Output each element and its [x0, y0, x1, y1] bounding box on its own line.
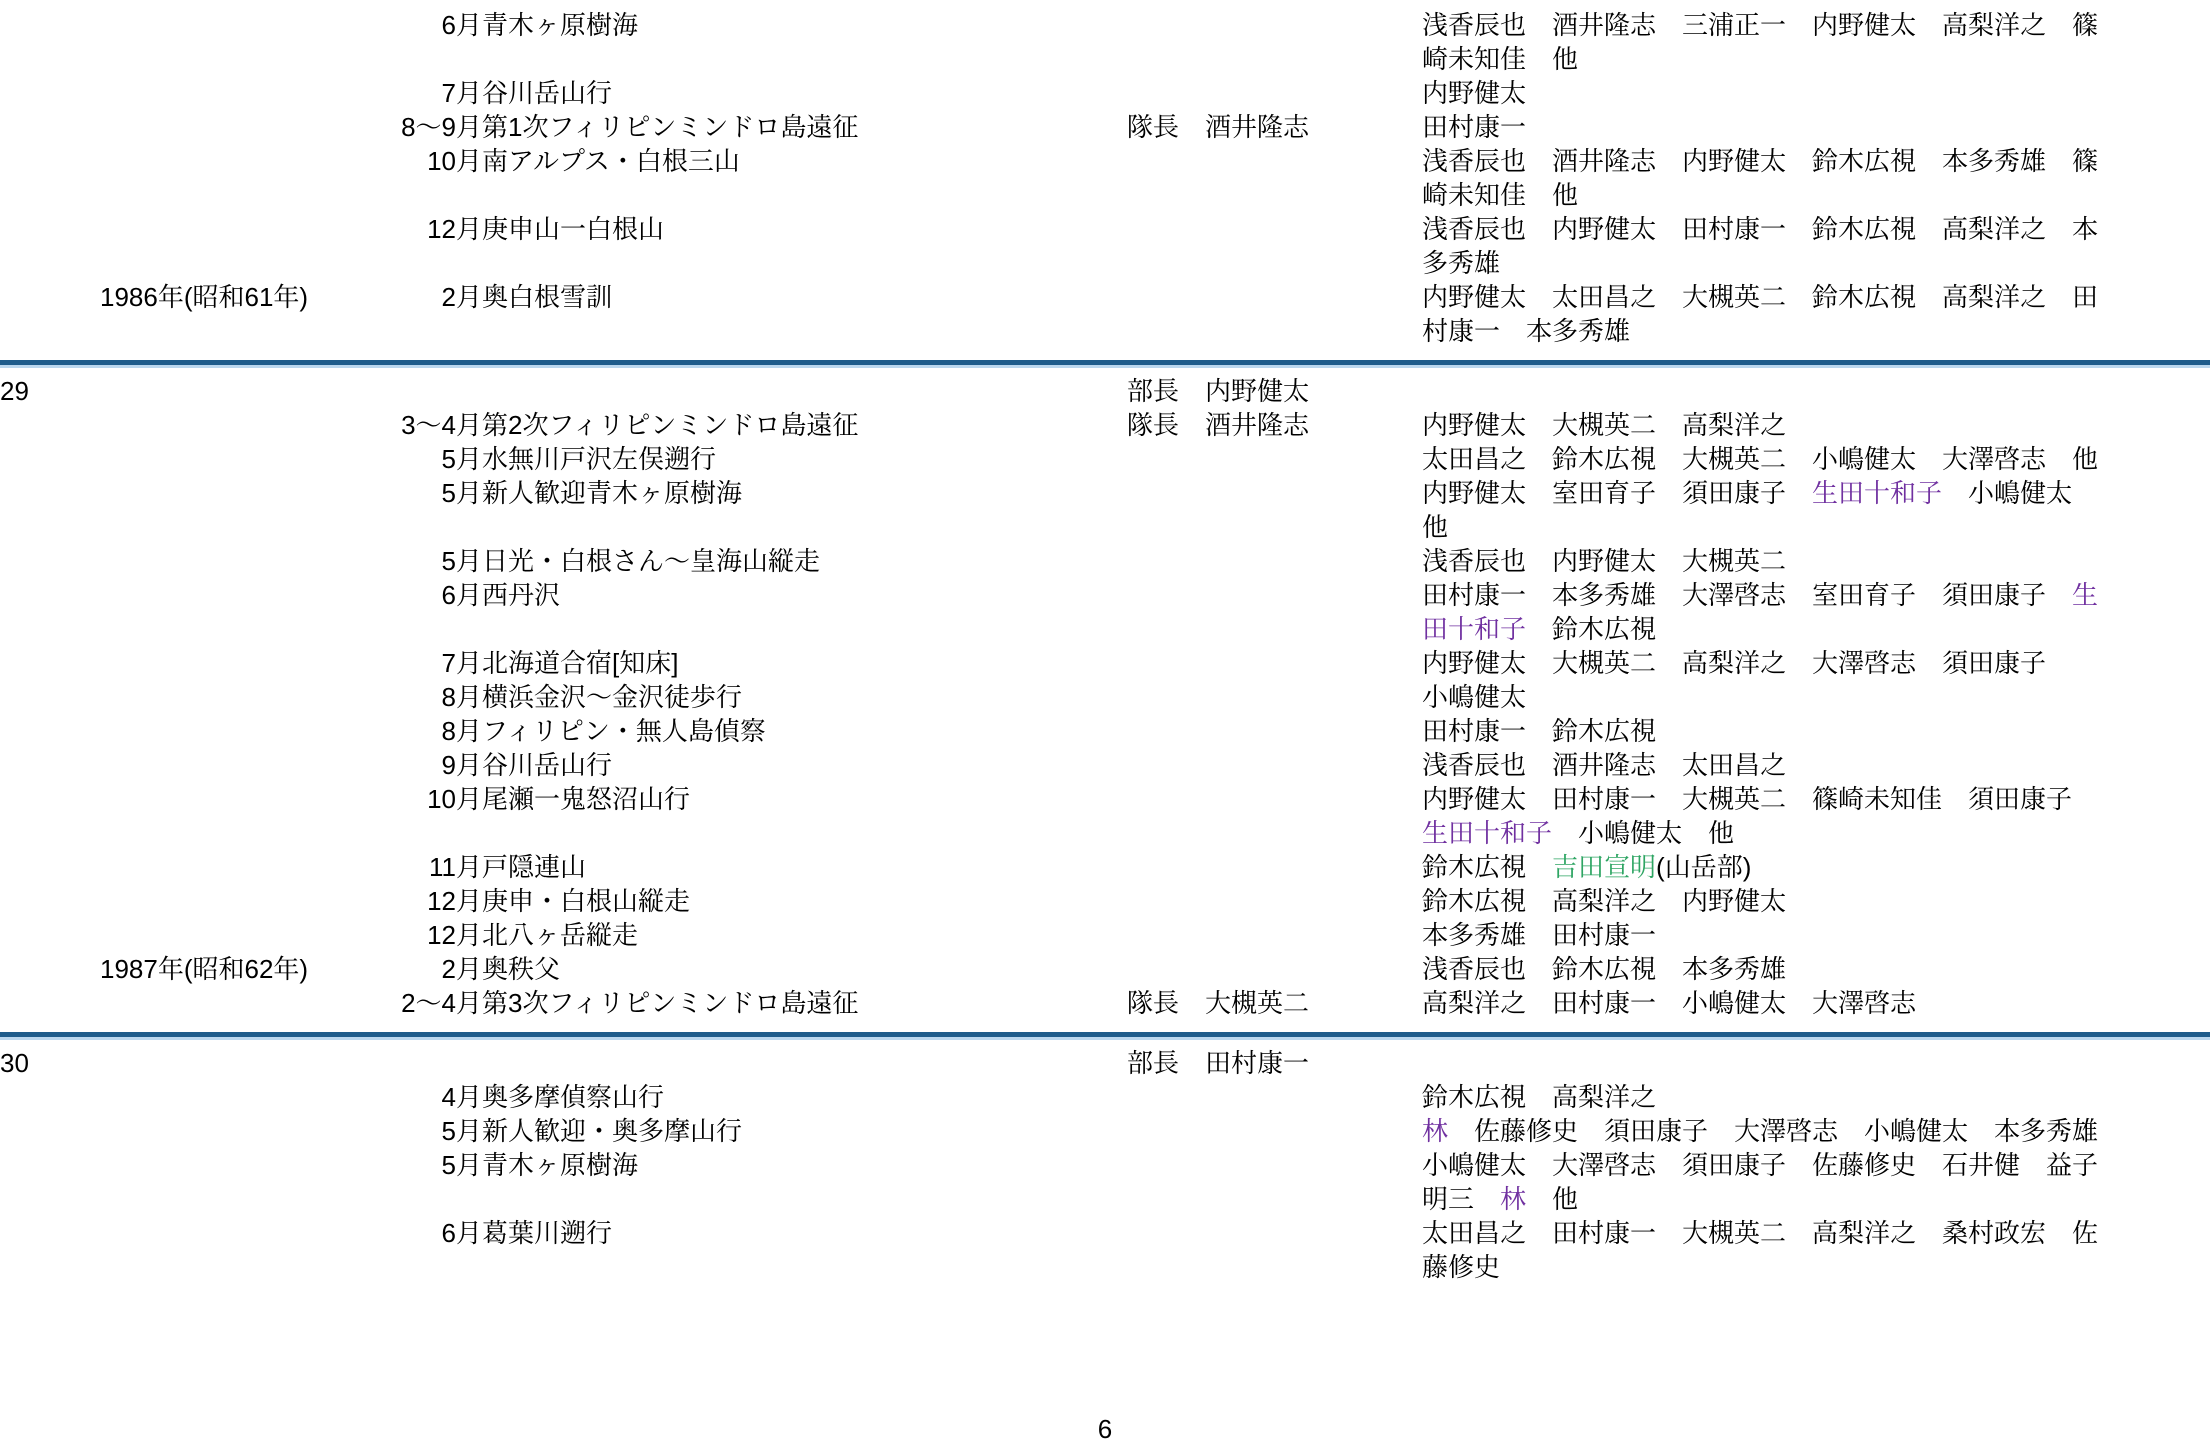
- leader-cell: [1127, 442, 1422, 476]
- activity-record-document: 6月青木ヶ原樹海浅香辰也 酒井隆志 三浦正一 内野健太 高梨洋之 篠崎未知佳 他…: [0, 0, 2210, 1284]
- leader-cell: [1127, 782, 1422, 850]
- activity-table: 30部長 田村康一4月奥多摩偵察山行鈴木広視 高梨洋之5月新人歓迎・奥多摩山行林…: [0, 1046, 2112, 1284]
- table-row: 5月新人歓迎・奥多摩山行林 佐藤修史 須田康子 大澤啓志 小嶋健太 本多秀雄: [0, 1114, 2112, 1148]
- section-number: [0, 476, 100, 544]
- participant-names: 内野健太: [1422, 78, 1526, 108]
- activity-cell: 青木ヶ原樹海: [482, 8, 1127, 76]
- table-row: 11月戸隠連山鈴木広視 吉田宣明(山岳部): [0, 850, 2112, 884]
- year-cell: 1986年(昭和61年): [100, 280, 400, 348]
- activity-cell: 西丹沢: [482, 578, 1127, 646]
- participant-names: 佐藤修史 須田康子 大澤啓志 小嶋健太 本多秀雄: [1448, 1116, 2098, 1146]
- participant-names: 内野健太 田村康一 大槻英二 篠崎未知佳 須田康子: [1422, 784, 2098, 814]
- section-number: [0, 714, 100, 748]
- section-number: [0, 280, 100, 348]
- table-row: 8月フィリピン・無人島偵察田村康一 鈴木広視: [0, 714, 2112, 748]
- table-row: 10月南アルプス・白根三山浅香辰也 酒井隆志 内野健太 鈴木広視 本多秀雄 篠崎…: [0, 144, 2112, 212]
- activity-cell: 葛葉川遡行: [482, 1216, 1127, 1284]
- participants-cell: 浅香辰也 酒井隆志 三浦正一 内野健太 高梨洋之 篠崎未知佳 他: [1422, 8, 2112, 76]
- month-cell: 2月: [400, 952, 482, 986]
- year-cell: [100, 408, 400, 442]
- section-header-row: 29部長 内野健太: [0, 374, 2112, 408]
- year-cell: [100, 714, 400, 748]
- year-cell: [100, 212, 400, 280]
- section-header-row: 30部長 田村康一: [0, 1046, 2112, 1080]
- participant-names: 田村康一 本多秀雄 大澤啓志 室田育子 須田康子: [1422, 580, 2072, 610]
- section-number: [0, 680, 100, 714]
- month-cell: 8月: [400, 680, 482, 714]
- participants-cell: 林 佐藤修史 須田康子 大澤啓志 小嶋健太 本多秀雄: [1422, 1114, 2112, 1148]
- leader-cell: [1127, 280, 1422, 348]
- leader-cell: 隊長 酒井隆志: [1127, 408, 1422, 442]
- activity-cell: 南アルプス・白根三山: [482, 144, 1127, 212]
- section-number: [0, 646, 100, 680]
- year-cell: 1987年(昭和62年): [100, 952, 400, 986]
- participants-cell: 田村康一 本多秀雄 大澤啓志 室田育子 須田康子 生田十和子 鈴木広視: [1422, 578, 2112, 646]
- participants-cell: 浅香辰也 鈴木広視 本多秀雄: [1422, 952, 2112, 986]
- activity-cell: 第2次フィリピンミンドロ島遠征: [482, 408, 1127, 442]
- activity-table: 6月青木ヶ原樹海浅香辰也 酒井隆志 三浦正一 内野健太 高梨洋之 篠崎未知佳 他…: [0, 8, 2112, 348]
- table-row: 6月西丹沢田村康一 本多秀雄 大澤啓志 室田育子 須田康子 生田十和子 鈴木広視: [0, 578, 2112, 646]
- year-cell: [100, 76, 400, 110]
- participants-cell: 田村康一 鈴木広視: [1422, 714, 2112, 748]
- month-cell: 7月: [400, 646, 482, 680]
- table-row: 4月奥多摩偵察山行鈴木広視 高梨洋之: [0, 1080, 2112, 1114]
- participant-names: 鈴木広視: [1422, 852, 1552, 882]
- participants-cell: 田村康一: [1422, 110, 2112, 144]
- activity-cell: 奥秩父: [482, 952, 1127, 986]
- participants-cell: 鈴木広視 高梨洋之: [1422, 1080, 2112, 1114]
- year-cell: [100, 986, 400, 1020]
- leader-cell: [1127, 646, 1422, 680]
- participant-names: 太田昌之 田村康一 大槻英二 高梨洋之 桑村政宏 佐藤修史: [1422, 1218, 2098, 1282]
- year-cell: [100, 442, 400, 476]
- year-cell: [100, 544, 400, 578]
- participants-cell: 浅香辰也 内野健太 田村康一 鈴木広視 高梨洋之 本多秀雄: [1422, 212, 2112, 280]
- leader-cell: [1127, 1114, 1422, 1148]
- month-cell: 12月: [400, 212, 482, 280]
- activity-cell: 日光・白根さん～皇海山縦走: [482, 544, 1127, 578]
- participants-cell: 小嶋健太: [1422, 680, 2112, 714]
- participant-names: 鈴木広視 高梨洋之 内野健太: [1422, 886, 1786, 916]
- leader-cell: [1127, 1216, 1422, 1284]
- activity-cell: 尾瀬一鬼怒沼山行: [482, 782, 1127, 850]
- activity-cell: 谷川岳山行: [482, 76, 1127, 110]
- month-cell: 5月: [400, 1148, 482, 1216]
- month-cell: 8～9月: [400, 110, 482, 144]
- participants-cell: 高梨洋之 田村康一 小嶋健太 大澤啓志: [1422, 986, 2112, 1020]
- participants-cell: 浅香辰也 酒井隆志 太田昌之: [1422, 748, 2112, 782]
- participant-names: (山岳部): [1656, 852, 1751, 882]
- activity-cell: 戸隠連山: [482, 850, 1127, 884]
- activity-cell: 庚申・白根山縦走: [482, 884, 1127, 918]
- participant-names: 浅香辰也 酒井隆志 内野健太 鈴木広視 本多秀雄 篠崎未知佳 他: [1422, 146, 2098, 210]
- leader-cell: 隊長 酒井隆志: [1127, 110, 1422, 144]
- month-cell: 3～4月: [400, 408, 482, 442]
- section-number: [0, 748, 100, 782]
- table-row: 5月水無川戸沢左俣遡行太田昌之 鈴木広視 大槻英二 小嶋健太 大澤啓志 他: [0, 442, 2112, 476]
- activity-table: 29部長 内野健太3～4月第2次フィリピンミンドロ島遠征隊長 酒井隆志内野健太 …: [0, 374, 2112, 1020]
- section-number: [0, 544, 100, 578]
- section-number: [0, 8, 100, 76]
- year-cell: [100, 1148, 400, 1216]
- leader-cell: [1127, 884, 1422, 918]
- table-row: 6月青木ヶ原樹海浅香辰也 酒井隆志 三浦正一 内野健太 高梨洋之 篠崎未知佳 他: [0, 8, 2112, 76]
- participant-name-highlight: 生田十和子: [1812, 478, 1942, 508]
- year-cell: [100, 144, 400, 212]
- section-number: [0, 578, 100, 646]
- table-body: 6月青木ヶ原樹海浅香辰也 酒井隆志 三浦正一 内野健太 高梨洋之 篠崎未知佳 他…: [0, 8, 2112, 348]
- participant-name-highlight: 生田十和子: [1422, 818, 1552, 848]
- participant-names: 内野健太 室田育子 須田康子: [1422, 478, 1812, 508]
- activity-cell: 横浜金沢～金沢徒歩行: [482, 680, 1127, 714]
- leader-cell: [1127, 578, 1422, 646]
- month-cell: 5月: [400, 1114, 482, 1148]
- year-cell: [100, 1080, 400, 1114]
- month-cell: 5月: [400, 476, 482, 544]
- section-staff: 部長 田村康一: [1127, 1046, 1422, 1080]
- participant-names: 内野健太 大槻英二 高梨洋之 大澤啓志 須田康子: [1422, 648, 2046, 678]
- activity-cell: 第3次フィリピンミンドロ島遠征: [482, 986, 1127, 1020]
- section-number: [0, 986, 100, 1020]
- activity-cell: 第1次フィリピンミンドロ島遠征: [482, 110, 1127, 144]
- participants-cell: 太田昌之 田村康一 大槻英二 高梨洋之 桑村政宏 佐藤修史: [1422, 1216, 2112, 1284]
- section-divider-rule: [0, 1032, 2210, 1040]
- leader-cell: [1127, 476, 1422, 544]
- activity-cell: 青木ヶ原樹海: [482, 1148, 1127, 1216]
- year-cell: [100, 1046, 400, 1080]
- month-cell: [400, 374, 482, 408]
- section-number: [0, 1114, 100, 1148]
- section-number: 30: [0, 1046, 100, 1080]
- month-cell: 12月: [400, 884, 482, 918]
- section-number: [0, 408, 100, 442]
- activity-cell: 北八ヶ岳縦走: [482, 918, 1127, 952]
- month-cell: 2月: [400, 280, 482, 348]
- participant-name-highlight: 吉田宣明: [1552, 852, 1656, 882]
- leader-cell: [1127, 8, 1422, 76]
- section-number: [0, 952, 100, 986]
- month-cell: 6月: [400, 1216, 482, 1284]
- participants-cell: 浅香辰也 酒井隆志 内野健太 鈴木広視 本多秀雄 篠崎未知佳 他: [1422, 144, 2112, 212]
- table-row: 12月庚申・白根山縦走鈴木広視 高梨洋之 内野健太: [0, 884, 2112, 918]
- participants-cell: 内野健太 大槻英二 高梨洋之 大澤啓志 須田康子: [1422, 646, 2112, 680]
- year-cell: [100, 748, 400, 782]
- activity-cell: [482, 1046, 1127, 1080]
- section-number: [0, 144, 100, 212]
- section-number: [0, 110, 100, 144]
- participants-cell: 内野健太: [1422, 76, 2112, 110]
- activity-cell: 奥白根雪訓: [482, 280, 1127, 348]
- year-cell: [100, 850, 400, 884]
- year-cell: [100, 476, 400, 544]
- participants-cell: 鈴木広視 吉田宣明(山岳部): [1422, 850, 2112, 884]
- participants-cell: 浅香辰也 内野健太 大槻英二: [1422, 544, 2112, 578]
- table-row: 3～4月第2次フィリピンミンドロ島遠征隊長 酒井隆志内野健太 大槻英二 高梨洋之: [0, 408, 2112, 442]
- leader-cell: [1127, 918, 1422, 952]
- leader-cell: [1127, 1080, 1422, 1114]
- table-row: 6月葛葉川遡行太田昌之 田村康一 大槻英二 高梨洋之 桑村政宏 佐藤修史: [0, 1216, 2112, 1284]
- section-staff: 部長 内野健太: [1127, 374, 1422, 408]
- participants-cell: 内野健太 大槻英二 高梨洋之: [1422, 408, 2112, 442]
- participant-names: 浅香辰也 内野健太 大槻英二: [1422, 546, 1786, 576]
- table-row: 8～9月第1次フィリピンミンドロ島遠征隊長 酒井隆志田村康一: [0, 110, 2112, 144]
- table-row: 5月日光・白根さん～皇海山縦走浅香辰也 内野健太 大槻英二: [0, 544, 2112, 578]
- activity-cell: 水無川戸沢左俣遡行: [482, 442, 1127, 476]
- participant-names: 鈴木広視 高梨洋之: [1422, 1082, 1656, 1112]
- participants-cell: 内野健太 田村康一 大槻英二 篠崎未知佳 須田康子 生田十和子 小嶋健太 他: [1422, 782, 2112, 850]
- participant-name-highlight: 林: [1422, 1116, 1448, 1146]
- section-number: 29: [0, 374, 100, 408]
- participant-names: 高梨洋之 田村康一 小嶋健太 大澤啓志: [1422, 988, 1916, 1018]
- section-number: [0, 212, 100, 280]
- year-cell: [100, 1114, 400, 1148]
- activity-cell: [482, 374, 1127, 408]
- participant-names: 太田昌之 鈴木広視 大槻英二 小嶋健太 大澤啓志 他: [1422, 444, 2098, 474]
- section-number: [0, 1080, 100, 1114]
- year-cell: [100, 8, 400, 76]
- year-cell: [100, 782, 400, 850]
- participant-names: 内野健太 太田昌之 大槻英二 鈴木広視 高梨洋之 田村康一 本多秀雄: [1422, 282, 2098, 346]
- participants-cell: 内野健太 太田昌之 大槻英二 鈴木広視 高梨洋之 田村康一 本多秀雄: [1422, 280, 2112, 348]
- table-row: 7月北海道合宿[知床]内野健太 大槻英二 高梨洋之 大澤啓志 須田康子: [0, 646, 2112, 680]
- table-row: 5月青木ヶ原樹海小嶋健太 大澤啓志 須田康子 佐藤修史 石井健 益子明三 林 他: [0, 1148, 2112, 1216]
- section-number: [0, 1148, 100, 1216]
- section-number: [0, 782, 100, 850]
- leader-cell: [1127, 1148, 1422, 1216]
- month-cell: 8月: [400, 714, 482, 748]
- year-cell: [100, 1216, 400, 1284]
- activity-cell: 奥多摩偵察山行: [482, 1080, 1127, 1114]
- leader-cell: [1127, 212, 1422, 280]
- table-row: 10月尾瀬一鬼怒沼山行内野健太 田村康一 大槻英二 篠崎未知佳 須田康子 生田十…: [0, 782, 2112, 850]
- leader-cell: [1127, 714, 1422, 748]
- participant-names: 他: [1526, 1184, 1578, 1214]
- year-cell: [100, 110, 400, 144]
- table-row: 1986年(昭和61年)2月奥白根雪訓内野健太 太田昌之 大槻英二 鈴木広視 高…: [0, 280, 2112, 348]
- participant-names: 浅香辰也 鈴木広視 本多秀雄: [1422, 954, 1786, 984]
- participant-name-highlight: 林: [1500, 1184, 1526, 1214]
- leader-cell: [1127, 748, 1422, 782]
- leader-cell: [1127, 76, 1422, 110]
- participants-cell: 内野健太 室田育子 須田康子 生田十和子 小嶋健太 他: [1422, 476, 2112, 544]
- table-row: 5月新人歓迎青木ヶ原樹海内野健太 室田育子 須田康子 生田十和子 小嶋健太 他: [0, 476, 2112, 544]
- month-cell: 6月: [400, 578, 482, 646]
- participant-names: 浅香辰也 酒井隆志 太田昌之: [1422, 750, 1786, 780]
- month-cell: 11月: [400, 850, 482, 884]
- month-cell: 9月: [400, 748, 482, 782]
- page-number: 6: [0, 1412, 2210, 1446]
- month-cell: 7月: [400, 76, 482, 110]
- table-row: 12月庚申山一白根山浅香辰也 内野健太 田村康一 鈴木広視 高梨洋之 本多秀雄: [0, 212, 2112, 280]
- table-row: 12月北八ヶ岳縦走本多秀雄 田村康一: [0, 918, 2112, 952]
- leader-cell: [1127, 144, 1422, 212]
- leader-cell: [1127, 850, 1422, 884]
- month-cell: 6月: [400, 8, 482, 76]
- section-number: [0, 1216, 100, 1284]
- year-cell: [100, 374, 400, 408]
- leader-cell: [1127, 952, 1422, 986]
- activity-cell: 北海道合宿[知床]: [482, 646, 1127, 680]
- participant-names: 田村康一 鈴木広視: [1422, 716, 1656, 746]
- month-cell: 10月: [400, 144, 482, 212]
- section-number: [0, 850, 100, 884]
- participant-names: 小嶋健太: [1422, 682, 1526, 712]
- participants-cell: [1422, 374, 2112, 408]
- participant-names: 内野健太 大槻英二 高梨洋之: [1422, 410, 1786, 440]
- year-cell: [100, 646, 400, 680]
- month-cell: 10月: [400, 782, 482, 850]
- section-number: [0, 884, 100, 918]
- participant-names: 本多秀雄 田村康一: [1422, 920, 1656, 950]
- leader-cell: 隊長 大槻英二: [1127, 986, 1422, 1020]
- month-cell: 4月: [400, 1080, 482, 1114]
- table-row: 9月谷川岳山行浅香辰也 酒井隆志 太田昌之: [0, 748, 2112, 782]
- table-body: 30部長 田村康一4月奥多摩偵察山行鈴木広視 高梨洋之5月新人歓迎・奥多摩山行林…: [0, 1046, 2112, 1284]
- year-cell: [100, 918, 400, 952]
- leader-cell: [1127, 544, 1422, 578]
- table-row: 8月横浜金沢～金沢徒歩行小嶋健太: [0, 680, 2112, 714]
- table-row: 7月谷川岳山行内野健太: [0, 76, 2112, 110]
- activity-cell: 谷川岳山行: [482, 748, 1127, 782]
- activity-cell: 庚申山一白根山: [482, 212, 1127, 280]
- month-cell: 5月: [400, 544, 482, 578]
- activity-cell: フィリピン・無人島偵察: [482, 714, 1127, 748]
- participants-cell: 本多秀雄 田村康一: [1422, 918, 2112, 952]
- activity-cell: 新人歓迎・奥多摩山行: [482, 1114, 1127, 1148]
- section-divider-rule: [0, 360, 2210, 368]
- year-cell: [100, 578, 400, 646]
- section-number: [0, 442, 100, 476]
- participants-cell: [1422, 1046, 2112, 1080]
- leader-cell: [1127, 680, 1422, 714]
- participant-names: 浅香辰也 酒井隆志 三浦正一 内野健太 高梨洋之 篠崎未知佳 他: [1422, 10, 2098, 74]
- month-cell: 12月: [400, 918, 482, 952]
- month-cell: [400, 1046, 482, 1080]
- table-row: 1987年(昭和62年)2月奥秩父浅香辰也 鈴木広視 本多秀雄: [0, 952, 2112, 986]
- participant-names: 鈴木広視: [1526, 614, 1656, 644]
- participants-cell: 太田昌之 鈴木広視 大槻英二 小嶋健太 大澤啓志 他: [1422, 442, 2112, 476]
- activity-cell: 新人歓迎青木ヶ原樹海: [482, 476, 1127, 544]
- table-row: 2～4月第3次フィリピンミンドロ島遠征隊長 大槻英二高梨洋之 田村康一 小嶋健太…: [0, 986, 2112, 1020]
- section-number: [0, 76, 100, 110]
- month-cell: 5月: [400, 442, 482, 476]
- year-cell: [100, 680, 400, 714]
- table-body: 29部長 内野健太3～4月第2次フィリピンミンドロ島遠征隊長 酒井隆志内野健太 …: [0, 374, 2112, 1020]
- month-cell: 2～4月: [400, 986, 482, 1020]
- participants-cell: 鈴木広視 高梨洋之 内野健太: [1422, 884, 2112, 918]
- participants-cell: 小嶋健太 大澤啓志 須田康子 佐藤修史 石井健 益子明三 林 他: [1422, 1148, 2112, 1216]
- participant-names: 小嶋健太 他: [1552, 818, 1734, 848]
- section-number: [0, 918, 100, 952]
- participant-names: 浅香辰也 内野健太 田村康一 鈴木広視 高梨洋之 本多秀雄: [1422, 214, 2098, 278]
- year-cell: [100, 884, 400, 918]
- participant-names: 田村康一: [1422, 112, 1526, 142]
